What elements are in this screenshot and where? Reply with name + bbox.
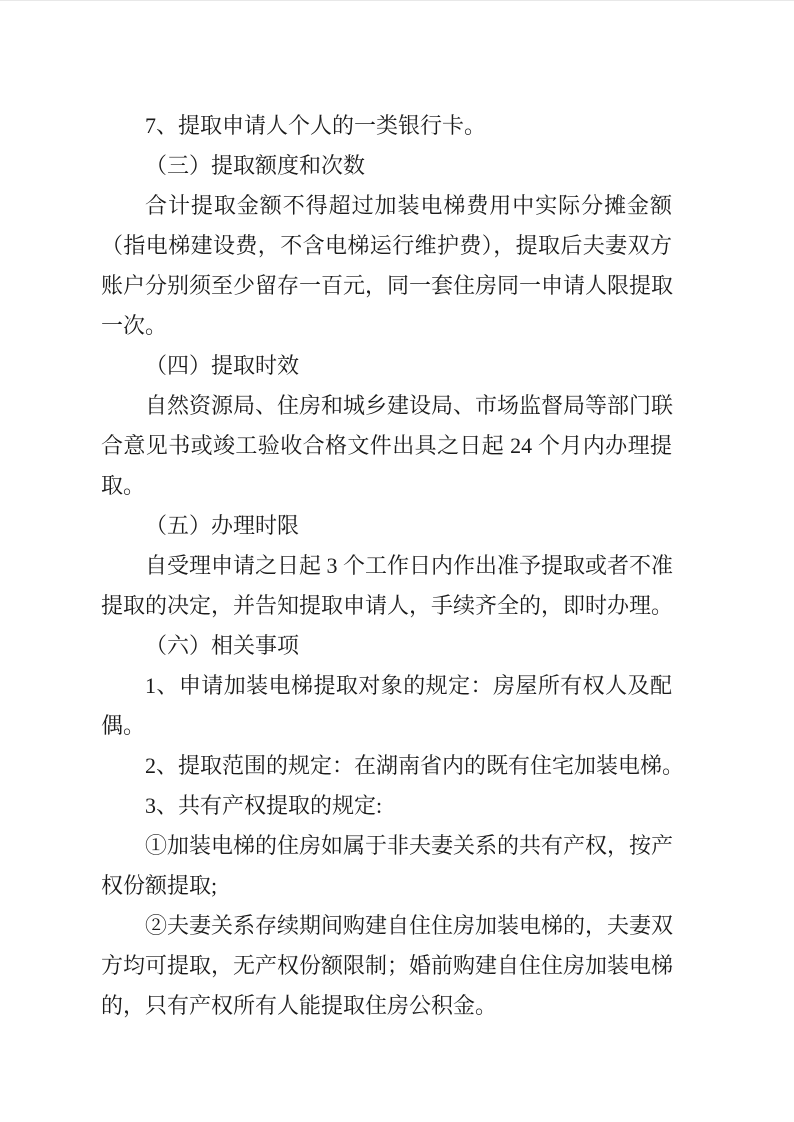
doc-line: 3、共有产权提取的规定: (101, 786, 672, 826)
section-heading: （六）相关事项 (101, 626, 672, 666)
doc-line: 合意见书或竣工验收合格文件出具之日起 24 个月内办理提 (101, 426, 672, 466)
doc-line: ①加装电梯的住房如属于非夫妻关系的共有产权，按产 (101, 826, 672, 866)
doc-line: 提取的决定，并告知提取申请人，手续齐全的，即时办理。 (101, 586, 672, 626)
section-heading: （三）提取额度和次数 (101, 146, 672, 186)
page-top-edge (0, 0, 794, 1)
doc-line: 一次。 (101, 306, 672, 346)
doc-line: 合计提取金额不得超过加装电梯费用中实际分摊金额 (101, 186, 672, 226)
doc-line: 方均可提取，无产权份额限制；婚前购建自住住房加装电梯 (101, 946, 672, 986)
section-heading: （五）办理时限 (101, 506, 672, 546)
doc-line: 的，只有产权所有人能提取住房公积金。 (101, 986, 672, 1026)
doc-line: 取。 (101, 466, 672, 506)
doc-line: （指电梯建设费，不含电梯运行维护费），提取后夫妻双方 (101, 226, 672, 266)
doc-line: 偶。 (101, 706, 672, 746)
doc-line: 2、提取范围的规定：在湖南省内的既有住宅加装电梯。 (101, 746, 672, 786)
doc-line: 自然资源局、住房和城乡建设局、市场监督局等部门联 (101, 386, 672, 426)
document-page: 7、提取申请人个人的一类银行卡。 （三）提取额度和次数 合计提取金额不得超过加装… (0, 0, 794, 1122)
doc-line: 权份额提取; (101, 866, 672, 906)
doc-line: 账户分别须至少留存一百元，同一套住房同一申请人限提取 (101, 266, 672, 306)
doc-line: 1、申请加装电梯提取对象的规定：房屋所有权人及配 (101, 666, 672, 706)
doc-line: 7、提取申请人个人的一类银行卡。 (101, 106, 672, 146)
doc-line: 自受理申请之日起 3 个工作日内作出准予提取或者不准 (101, 546, 672, 586)
section-heading: （四）提取时效 (101, 346, 672, 386)
doc-line: ②夫妻关系存续期间购建自住住房加装电梯的，夫妻双 (101, 906, 672, 946)
document-text-block: 7、提取申请人个人的一类银行卡。 （三）提取额度和次数 合计提取金额不得超过加装… (101, 106, 672, 1026)
